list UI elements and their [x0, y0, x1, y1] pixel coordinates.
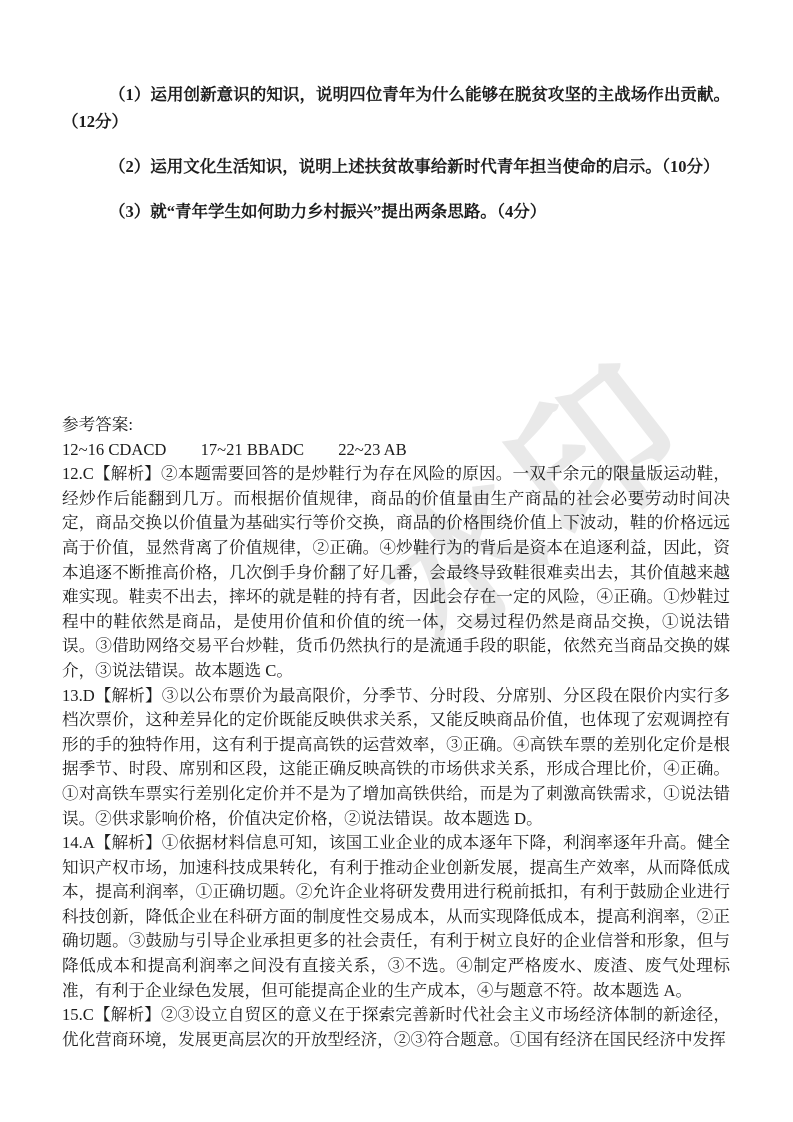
answers-section: 参考答案: 12~16 CDACD 17~21 BBADC 22~23 AB 1… — [62, 413, 730, 1052]
explanation-15: 15.C【解析】②③设立自贸区的意义在于探索完善新时代社会主义市场经济体制的新途… — [62, 1003, 730, 1052]
answer-key-group-17-21: 17~21 BBADC — [201, 440, 304, 459]
explanation-15-marker: 【解析】 — [94, 1005, 161, 1024]
explanation-14: 14.A【解析】①依据材料信息可知，该国工业企业的成本逐年下降，利润率逐年升高。… — [62, 831, 730, 1003]
explanation-12-marker: 【解析】 — [94, 464, 161, 483]
answer-key-group-22-23: 22~23 AB — [338, 440, 406, 459]
question-2: （2）运用文化生活知识，说明上述扶贫故事给新时代青年担当使命的启示。（10分） — [62, 153, 730, 180]
explanation-14-marker: 【解析】 — [95, 833, 162, 852]
explanation-15-text: ②③设立自贸区的意义在于探索完善新时代社会主义市场经济体制的新途径，优化营商环境… — [62, 1005, 730, 1049]
explanation-14-id: 14.A — [62, 833, 95, 852]
explanation-13-text: ③以公布票价为最高限价，分季节、分时段、分席别、分区段在限价内实行多档次票价，这… — [62, 686, 730, 828]
question-block: （1）运用创新意识的知识，说明四位青年为什么能够在脱贫攻坚的主战场作出贡献。（1… — [62, 0, 730, 225]
explanation-15-id: 15.C — [62, 1005, 94, 1024]
answers-title: 参考答案: — [62, 413, 730, 438]
explanation-13-id: 13.D — [62, 686, 95, 705]
page-content: （1）运用创新意识的知识，说明四位青年为什么能够在脱贫攻坚的主战场作出贡献。（1… — [62, 0, 730, 1052]
question-3: （3）就“青年学生如何助力乡村振兴”提出两条思路。（4分） — [62, 198, 730, 225]
answer-key-group-12-16: 12~16 CDACD — [62, 440, 166, 459]
question-1: （1）运用创新意识的知识，说明四位青年为什么能够在脱贫攻坚的主战场作出贡献。（1… — [62, 81, 730, 135]
document-page: { "page": { "background": "#ffffff", "te… — [0, 0, 793, 1122]
explanation-12: 12.C【解析】②本题需要回答的是炒鞋行为存在风险的原因。一双千余元的限量版运动… — [62, 462, 730, 683]
explanation-13: 13.D【解析】③以公布票价为最高限价，分季节、分时段、分席别、分区段在限价内实… — [62, 684, 730, 832]
answer-key-line: 12~16 CDACD 17~21 BBADC 22~23 AB — [62, 438, 730, 463]
explanation-13-marker: 【解析】 — [95, 686, 162, 705]
explanation-12-id: 12.C — [62, 464, 94, 483]
explanation-14-text: ①依据材料信息可知，该国工业企业的成本逐年下降，利润率逐年升高。健全知识产权市场… — [62, 833, 730, 1000]
explanation-12-text: ②本题需要回答的是炒鞋行为存在风险的原因。一双千余元的限量版运动鞋，经炒作后能翻… — [62, 464, 730, 680]
